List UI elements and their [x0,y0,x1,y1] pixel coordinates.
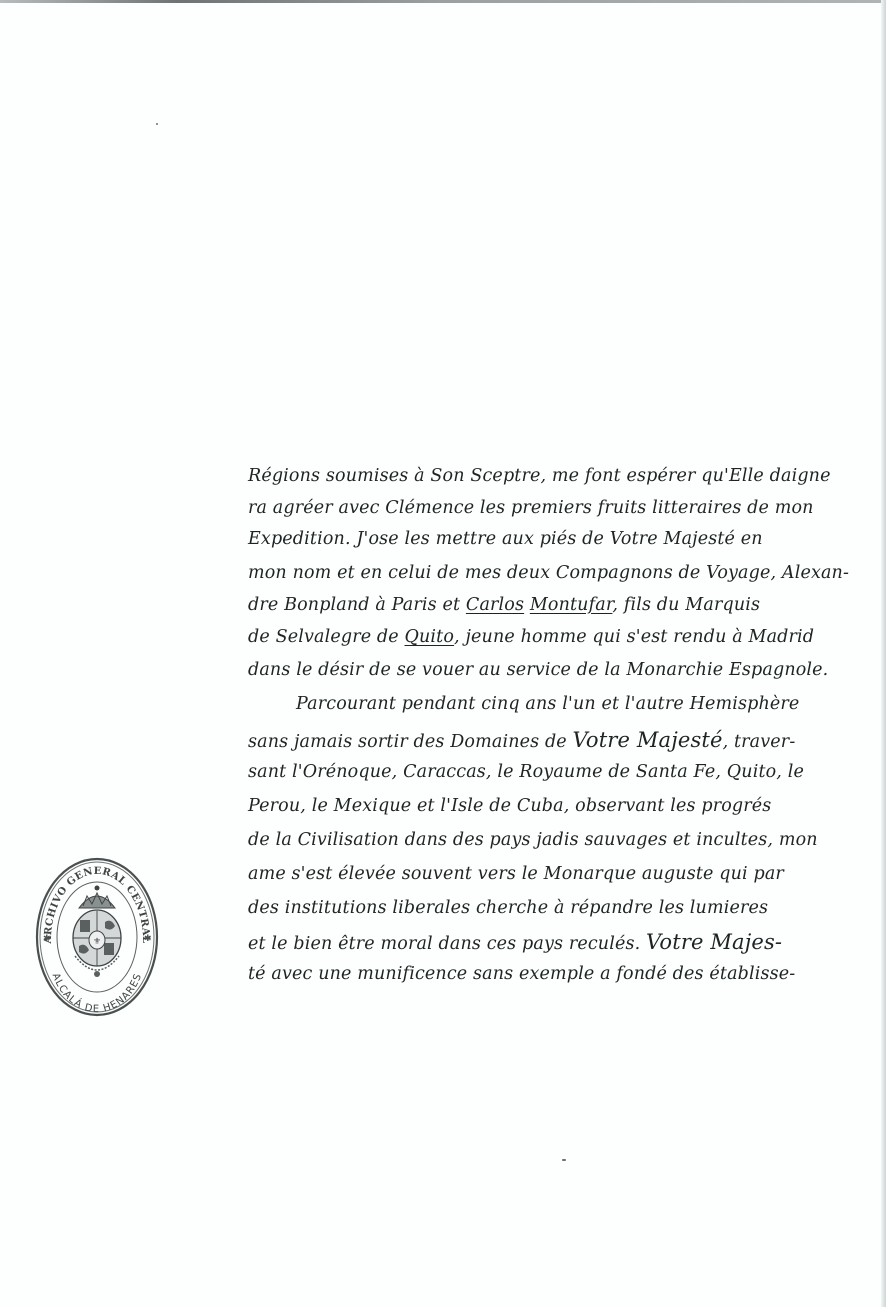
scan-top-edge [0,0,886,3]
text-line: Régions soumises à Son Sceptre, me font … [248,466,831,500]
svg-text:ALCALÁ DE HENARES: ALCALÁ DE HENARES [50,972,145,1015]
text-line: té avec une munificence sans exemple a f… [248,964,795,998]
text-line: mon nom et en celui de mes deux Compagno… [248,563,849,597]
underlined-name-carlos: Carlos [466,595,524,615]
emphasized-votre-majeste: Votre Majesté [573,728,723,752]
emphasized-votre-majeste: Votre Majes- [646,930,782,954]
text-line: sant l'Orénoque, Caraccas, le Royaume de… [248,762,804,796]
svg-text:⚜: ⚜ [93,937,101,947]
text-line: de la Civilisation dans des pays jadis s… [248,830,818,864]
text-line: des institutions liberales cherche à rép… [248,898,768,932]
text-segment: , fils du Marquis [612,595,760,615]
text-segment: sans jamais sortir des Domaines de [248,732,573,752]
text-line: sans jamais sortir des Domaines de Votre… [248,728,795,762]
text-segment: , jeune homme qui s'est rendu à Madrid [454,627,814,647]
speck [562,1159,566,1161]
text-segment: , traver- [723,732,796,752]
underlined-place-quito: Quito [405,627,455,647]
text-line: ra agréer avec Clémence les premiers fru… [248,498,814,532]
text-line-paragraph-start: Parcourant pendant cinq ans l'un et l'au… [296,694,799,728]
archive-stamp: ARCHIVO GENERAL CENTRAL ALCALÁ DE HENARE… [35,856,159,1018]
manuscript-page: Régions soumises à Son Sceptre, me font … [0,0,886,1307]
text-line: dre Bonpland à Paris et Carlos Montufar,… [248,595,760,629]
underlined-name-montufar: Montufar [530,595,613,615]
text-line: et le bien être moral dans ces pays recu… [248,930,782,964]
svg-text:✱: ✱ [43,934,51,944]
scan-right-edge [881,0,886,1307]
speck [156,123,158,125]
text-line: Perou, le Mexique et l'Isle de Cuba, obs… [248,796,771,830]
text-segment: dre Bonpland à Paris et [248,595,466,615]
royal-coat-of-arms-icon: ARCHIVO GENERAL CENTRAL ALCALÁ DE HENARE… [35,856,159,1018]
text-line: ame s'est élevée souvent vers le Monarqu… [248,864,784,898]
svg-text:✱: ✱ [144,934,152,944]
text-line: dans le désir de se vouer au service de … [248,660,828,694]
text-line: de Selvalegre de Quito, jeune homme qui … [248,627,814,661]
text-segment: et le bien être moral dans ces pays recu… [248,934,646,954]
text-line: Expedition. J'ose les mettre aux piés de… [248,529,763,563]
text-segment: de Selvalegre de [248,627,405,647]
